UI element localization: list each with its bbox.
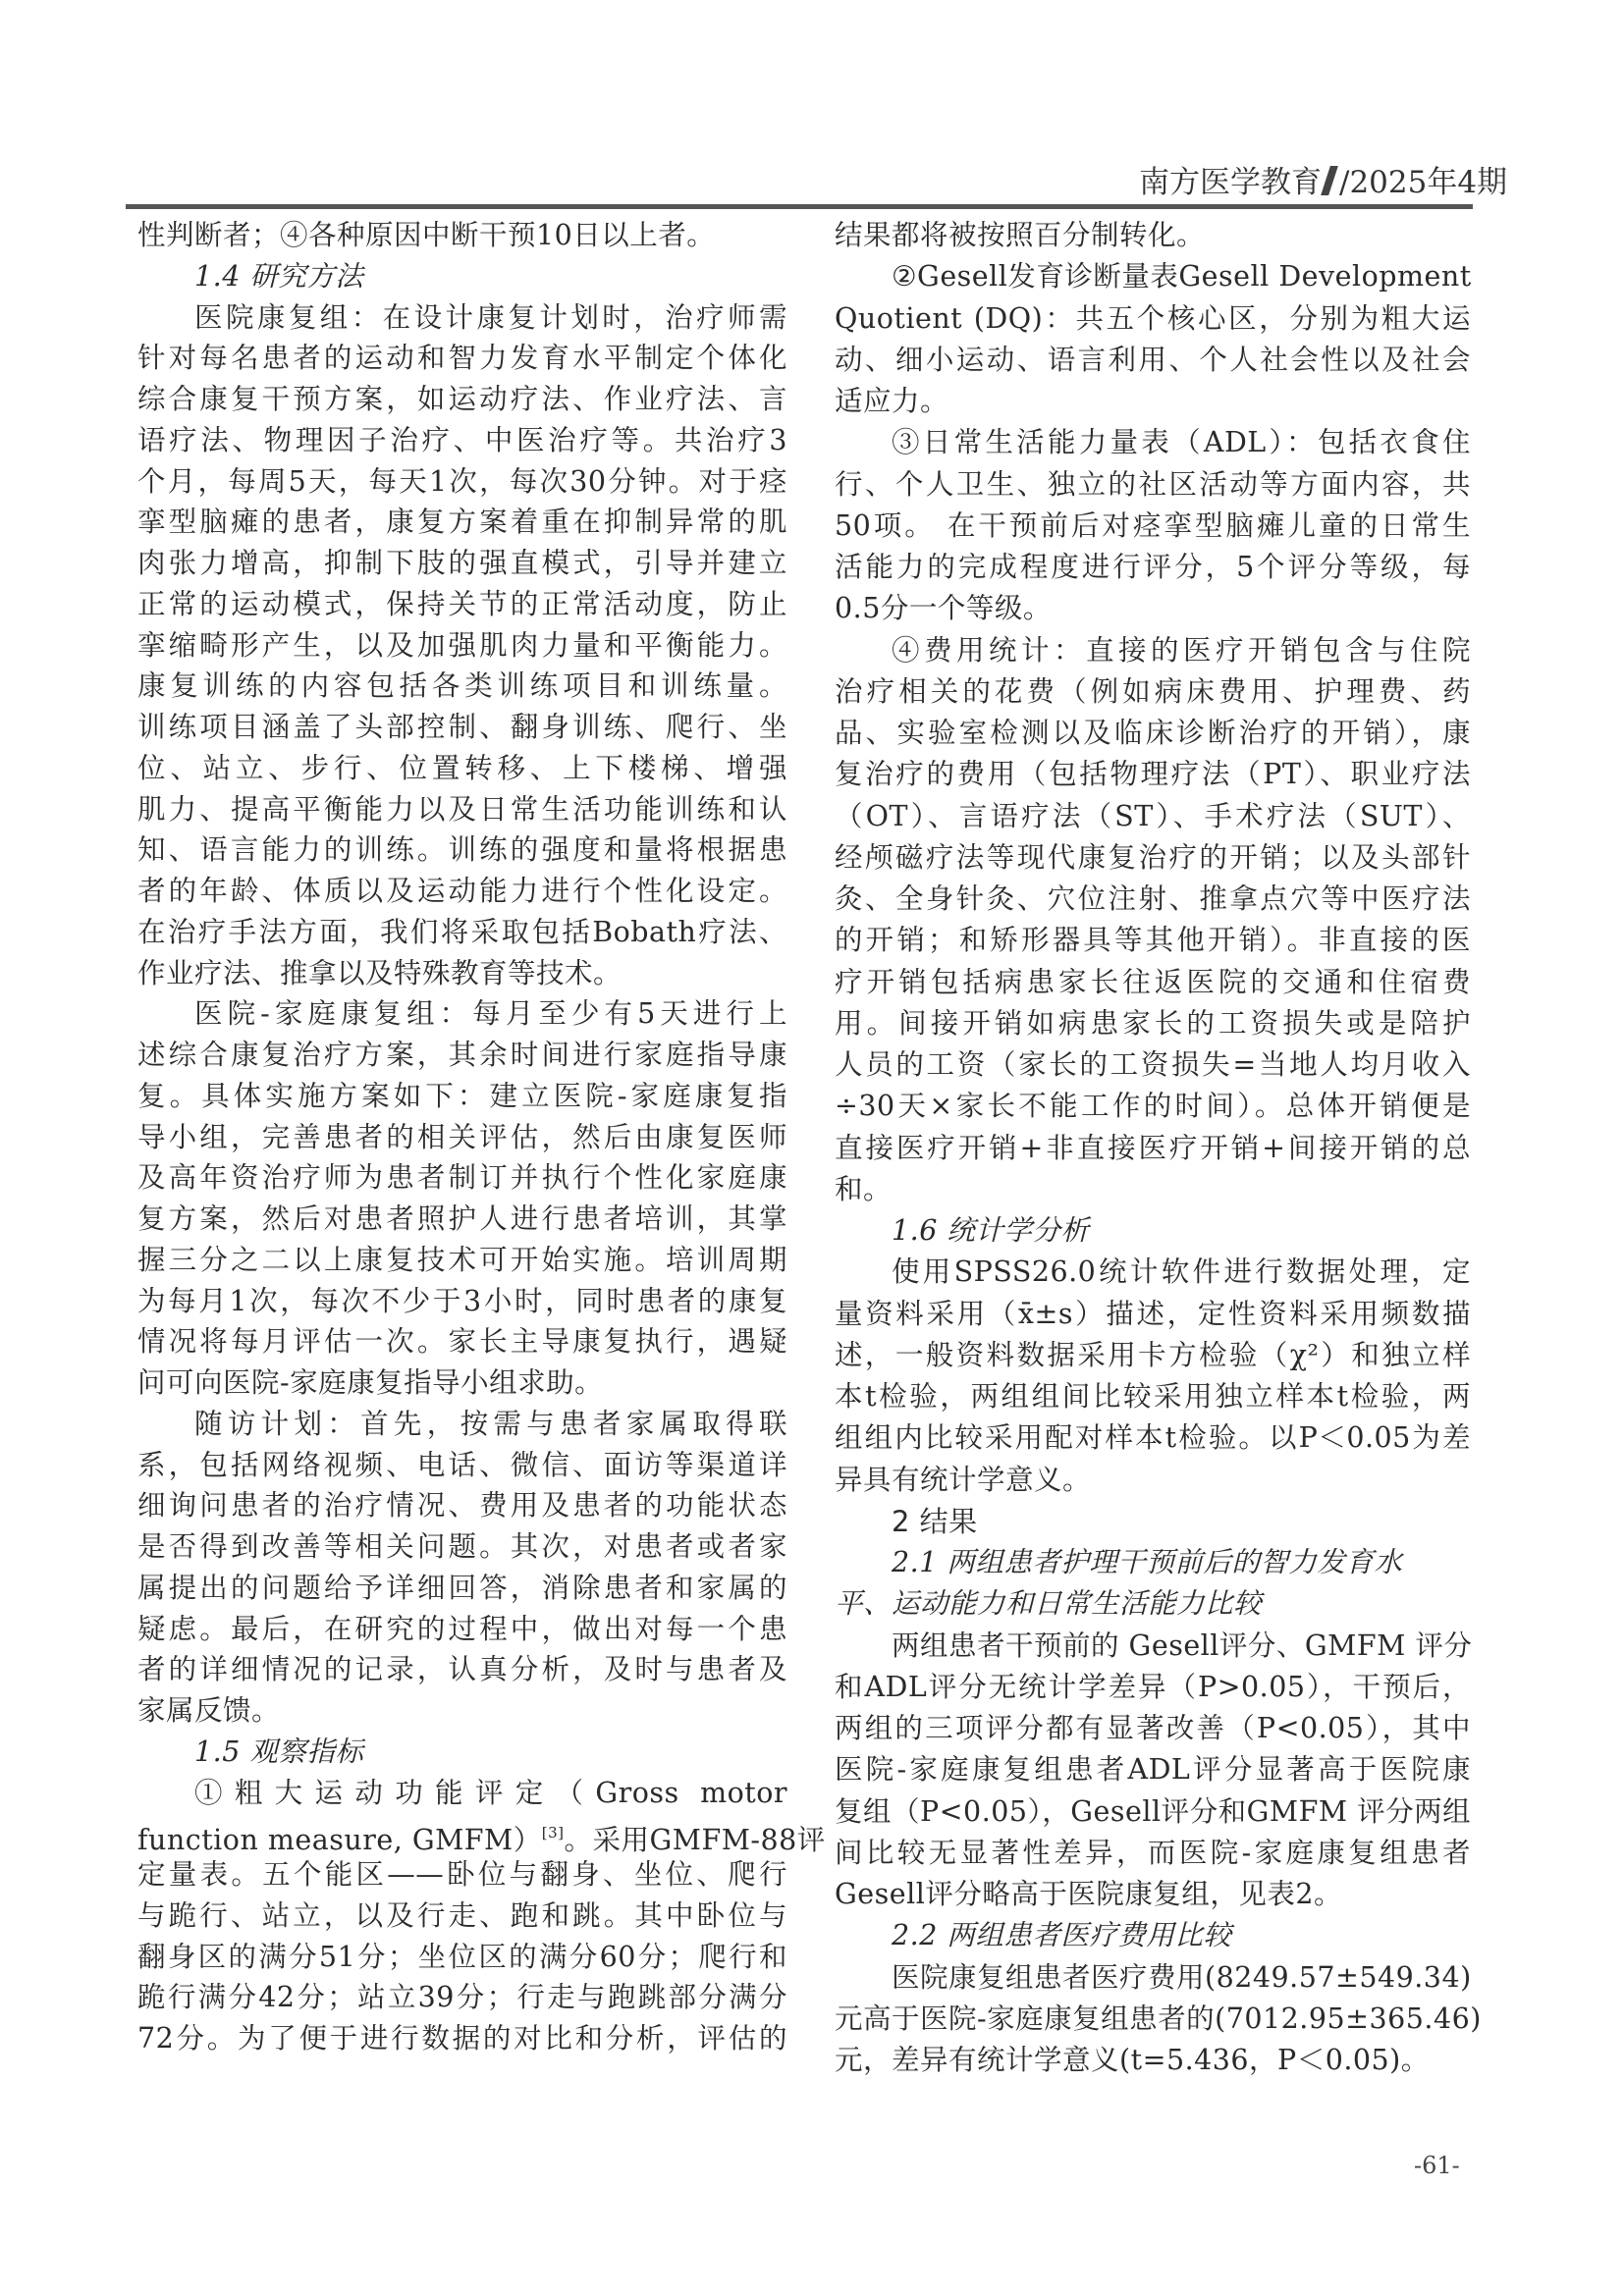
line-text: 0.5分一个等级。 bbox=[835, 592, 1052, 624]
line-text: 是否得到改善等相关问题。其次，对患者或者家 bbox=[137, 1530, 787, 1563]
line-text: 医院-家庭康复组患者ADL评分显著高于医院康 bbox=[835, 1753, 1471, 1786]
line-text: （OT）、言语疗法（ST）、手术疗法（SUT）、 bbox=[835, 800, 1471, 832]
text-line: 复方案，然后对患者照护人进行患者培训，其掌 bbox=[137, 1199, 787, 1240]
journal-name: 南方医学教育 bbox=[1139, 165, 1322, 200]
line-text: 医院康复组患者医疗费用(8249.57±549.34) bbox=[892, 1961, 1472, 1994]
text-line: 治疗相关的花费（例如病床费用、护理费、药 bbox=[835, 671, 1471, 713]
text-line: 使用SPSS26.0统计软件进行数据处理，定 bbox=[835, 1252, 1471, 1293]
line-text: 2.1 两组患者护理干预前后的智力发育水 bbox=[892, 1546, 1402, 1578]
line-text: 复。具体实施方案如下：建立医院-家庭康复指 bbox=[137, 1080, 787, 1112]
line-text: 人员的工资（家长的工资损失=当地人均月收入 bbox=[835, 1048, 1471, 1081]
line-text: 间比较无显著性差异，而医院-家庭康复组患者 bbox=[835, 1837, 1471, 1869]
text-line: 异具有统计学意义。 bbox=[835, 1460, 1471, 1501]
line-text: 2 结果 bbox=[892, 1505, 978, 1538]
text-line: 本t检验，两组组间比较采用独立样本t检验，两 bbox=[835, 1376, 1471, 1417]
text-line: 72分。为了便于进行数据的对比和分析，评估的 bbox=[137, 2018, 787, 2059]
text-line: 的开销；和矫形器具等其他开销）。非直接的医 bbox=[835, 920, 1471, 961]
text-line: 述综合康复治疗方案，其余时间进行家庭指导康 bbox=[137, 1035, 787, 1076]
line-text: 的开销；和矫形器具等其他开销）。非直接的医 bbox=[835, 924, 1471, 956]
line-text: 活能力的完成程度进行评分，5个评分等级，每 bbox=[835, 551, 1471, 583]
line-text: 针对每名患者的运动和智力发育水平制定个体化 bbox=[137, 342, 787, 374]
line-text: 72分。为了便于进行数据的对比和分析，评估的 bbox=[137, 2022, 787, 2055]
line-text: 。采用GMFM-88评 bbox=[565, 1824, 826, 1856]
text-line: 康复训练的内容包括各类训练项目和训练量。 bbox=[137, 666, 787, 707]
line-text: 平、运动能力和日常生活能力比较 bbox=[835, 1587, 1262, 1620]
text-line: 两组的三项评分都有显著改善（P<0.05），其中 bbox=[835, 1708, 1471, 1749]
text-line: 握三分之二以上康复技术可开始实施。培训周期 bbox=[137, 1240, 787, 1281]
line-text: 动、细小运动、语言利用、个人社会性以及社会 bbox=[835, 344, 1471, 376]
line-text: 品、实验室检测以及临床诊断治疗的开销），康 bbox=[835, 717, 1471, 749]
text-line: 是否得到改善等相关问题。其次，对患者或者家 bbox=[137, 1526, 787, 1568]
text-line: ÷30天×家长不能工作的时间）。总体开销便是 bbox=[835, 1086, 1471, 1127]
line-text: 两组患者干预前的 Gesell评分、GMFM 评分 bbox=[892, 1629, 1472, 1662]
text-line: 者的年龄、体质以及运动能力进行个性化设定。 bbox=[137, 871, 787, 912]
line-text: 量资料采用（x̄±s）描述，定性资料采用频数描 bbox=[835, 1298, 1471, 1330]
line-text: 复方案，然后对患者照护人进行患者培训，其掌 bbox=[137, 1202, 787, 1235]
line-text: 元高于医院-家庭康复组患者的(7012.95±365.46) bbox=[835, 2002, 1482, 2035]
line-text: 1.5 观察指标 bbox=[194, 1735, 363, 1768]
line-text: 和ADL评分无统计学差异（P>0.05），干预后， bbox=[835, 1671, 1471, 1703]
text-line: 元高于医院-家庭康复组患者的(7012.95±365.46) bbox=[835, 1999, 1471, 2040]
text-line: （OT）、言语疗法（ST）、手术疗法（SUT）、 bbox=[835, 796, 1471, 837]
text-line: 及高年资治疗师为患者制订并执行个性化家庭康 bbox=[137, 1157, 787, 1199]
text-line: 家属反馈。 bbox=[137, 1690, 787, 1732]
text-line: 经颅磁疗法等现代康复治疗的开销；以及头部针 bbox=[835, 837, 1471, 879]
line-text: 组组内比较采用配对样本t检验。以P＜0.05为差 bbox=[835, 1421, 1471, 1454]
line-text: 直接医疗开销+非直接医疗开销+间接开销的总 bbox=[835, 1132, 1471, 1164]
text-line: 定量表。五个能区——卧位与翻身、坐位、爬行 bbox=[137, 1854, 787, 1896]
line-text: 疑虑。最后，在研究的过程中，做出对每一个患 bbox=[137, 1613, 787, 1645]
text-line: 医院-家庭康复组患者ADL评分显著高于医院康 bbox=[835, 1749, 1471, 1790]
text-line: 品、实验室检测以及临床诊断治疗的开销），康 bbox=[835, 713, 1471, 754]
line-text: 者的年龄、体质以及运动能力进行个性化设定。 bbox=[137, 875, 787, 907]
line-text: 为每月1次，每次不少于3小时，同时患者的康复 bbox=[137, 1285, 787, 1317]
text-line: 灸、全身针灸、穴位注射、推拿点穴等中医疗法 bbox=[835, 879, 1471, 920]
text-line: 随访计划：首先，按需与患者家属取得联 bbox=[137, 1404, 787, 1445]
line-text: 及高年资治疗师为患者制订并执行个性化家庭康 bbox=[137, 1161, 787, 1194]
text-line: 0.5分一个等级。 bbox=[835, 588, 1471, 629]
text-line: 在治疗手法方面，我们将采取包括Bobath疗法、 bbox=[137, 912, 787, 953]
line-text: 治疗相关的花费（例如病床费用、护理费、药 bbox=[835, 675, 1471, 708]
line-text: 2.2 两组患者医疗费用比较 bbox=[892, 1919, 1231, 1951]
line-text: 经颅磁疗法等现代康复治疗的开销；以及头部针 bbox=[835, 841, 1471, 874]
line-text: 医院康复组：在设计康复计划时，治疗师需 bbox=[194, 301, 787, 334]
line-text: 挛型脑瘫的患者，康复方案着重在抑制异常的肌 bbox=[137, 506, 787, 538]
line-text: 随访计划：首先，按需与患者家属取得联 bbox=[194, 1408, 787, 1440]
line-text: 跪行满分42分；站立39分；行走与跑跳部分满分 bbox=[137, 1981, 787, 2013]
line-text: 与跪行、站立，以及行走、跑和跳。其中卧位与 bbox=[137, 1899, 787, 1932]
text-line: 疗开销包括病患家长往返医院的交通和住宿费 bbox=[835, 962, 1471, 1003]
text-line: 复组（P<0.05），Gesell评分和GMFM 评分两组 bbox=[835, 1791, 1471, 1833]
line-text: ÷30天×家长不能工作的时间）。总体开销便是 bbox=[835, 1090, 1471, 1122]
section-heading: 1.5 观察指标 bbox=[137, 1732, 787, 1773]
line-text: 述综合康复治疗方案，其余时间进行家庭指导康 bbox=[137, 1039, 787, 1071]
text-line: 综合康复干预方案，如运动疗法、作业疗法、言 bbox=[137, 379, 787, 420]
text-line: 与跪行、站立，以及行走、跑和跳。其中卧位与 bbox=[137, 1896, 787, 1937]
text-line: 肉张力增高，抑制下肢的强直模式，引导并建立 bbox=[137, 543, 787, 584]
text-line: 细询问患者的治疗情况、费用及患者的功能状态 bbox=[137, 1485, 787, 1526]
text-line: 针对每名患者的运动和智力发育水平制定个体化 bbox=[137, 338, 787, 379]
slash-mark-icon bbox=[1321, 166, 1338, 195]
text-line: 和。 bbox=[835, 1169, 1471, 1210]
line-text: 50项。 在干预前后对痉挛型脑瘫儿童的日常生 bbox=[835, 509, 1471, 542]
section-heading: 1.6 统计学分析 bbox=[835, 1210, 1471, 1252]
text-line: 50项。 在干预前后对痉挛型脑瘫儿童的日常生 bbox=[835, 506, 1471, 547]
line-text: 翻身区的满分51分；坐位区的满分60分；爬行和 bbox=[137, 1941, 787, 1973]
text-line: 直接医疗开销+非直接医疗开销+间接开销的总 bbox=[835, 1128, 1471, 1169]
line-text: 作业疗法、推拿以及特殊教育等技术。 bbox=[137, 957, 622, 989]
line-text: Quotient (DQ)：共五个核心区，分别为粗大运 bbox=[835, 302, 1471, 335]
text-line: 医院康复组患者医疗费用(8249.57±549.34) bbox=[835, 1957, 1471, 1999]
text-line: 情况将每月评估一次。家长主导康复执行，遇疑 bbox=[137, 1321, 787, 1362]
text-line: 行、个人卫生、独立的社区活动等方面内容，共 bbox=[835, 464, 1471, 506]
line-text: 1.4 研究方法 bbox=[194, 260, 363, 293]
line-text: 本t检验，两组组间比较采用独立样本t检验，两 bbox=[835, 1380, 1471, 1413]
text-line: 述，一般资料数据采用卡方检验（χ²）和独立样 bbox=[835, 1335, 1471, 1376]
line-text: ④费用统计：直接的医疗开销包含与住院 bbox=[892, 634, 1471, 667]
line-text: 情况将每月评估一次。家长主导康复执行，遇疑 bbox=[137, 1325, 787, 1358]
line-text: 在治疗手法方面，我们将采取包括Bobath疗法、 bbox=[137, 916, 787, 948]
text-line: 和ADL评分无统计学差异（P>0.05），干预后， bbox=[835, 1667, 1471, 1708]
line-text: 适应力。 bbox=[835, 385, 948, 417]
text-line: 肌力、提高平衡能力以及日常生活功能训练和认 bbox=[137, 789, 787, 830]
line-text: 肌力、提高平衡能力以及日常生活功能训练和认 bbox=[137, 793, 787, 826]
text-line: 组组内比较采用配对样本t检验。以P＜0.05为差 bbox=[835, 1417, 1471, 1459]
text-line: 人员的工资（家长的工资损失=当地人均月收入 bbox=[835, 1044, 1471, 1086]
text-line: 为每月1次，每次不少于3小时，同时患者的康复 bbox=[137, 1281, 787, 1322]
line-text: 系，包括网络视频、电话、微信、面访等渠道详 bbox=[137, 1449, 787, 1481]
text-line: 动、细小运动、语言利用、个人社会性以及社会 bbox=[835, 340, 1471, 381]
text-line: ①粗大运动功能评定（Gross motor bbox=[137, 1773, 787, 1814]
text-line: 问可向医院-家庭康复指导小组求助。 bbox=[137, 1362, 787, 1404]
text-line: 量资料采用（x̄±s）描述，定性资料采用频数描 bbox=[835, 1294, 1471, 1335]
line-text: Gesell评分略高于医院康复组，见表2。 bbox=[835, 1878, 1342, 1910]
line-text: 康复训练的内容包括各类训练项目和训练量。 bbox=[137, 669, 787, 702]
line-text: 行、个人卫生、独立的社区活动等方面内容，共 bbox=[835, 468, 1471, 501]
text-line: 正常的运动模式，保持关节的正常活动度，防止 bbox=[137, 584, 787, 625]
line-text: 性判断者；④各种原因中断干预10日以上者。 bbox=[137, 219, 715, 251]
section-heading: 平、运动能力和日常生活能力比较 bbox=[835, 1583, 1471, 1625]
line-text: 训练项目涵盖了头部控制、翻身训练、爬行、坐 bbox=[137, 711, 787, 743]
text-line: 训练项目涵盖了头部控制、翻身训练、爬行、坐 bbox=[137, 707, 787, 748]
text-line: 间比较无显著性差异，而医院-家庭康复组患者 bbox=[835, 1833, 1471, 1874]
text-line: 性判断者；④各种原因中断干预10日以上者。 bbox=[137, 215, 787, 256]
line-text: 复治疗的费用（包括物理疗法（PT）、职业疗法 bbox=[835, 758, 1471, 790]
text-line: 医院康复组：在设计康复计划时，治疗师需 bbox=[137, 297, 787, 339]
line-text: 复组（P<0.05），Gesell评分和GMFM 评分两组 bbox=[835, 1795, 1471, 1828]
text-line: ③日常生活能力量表（ADL）：包括衣食住 bbox=[835, 422, 1471, 463]
text-line: 医院-家庭康复组：每月至少有5天进行上 bbox=[137, 993, 787, 1035]
line-text: 属提出的问题给予详细回答，消除患者和家属的 bbox=[137, 1572, 787, 1604]
line-text: 个月，每周5天，每天1次，每次30分钟。对于痉 bbox=[137, 465, 787, 498]
line-text: 医院-家庭康复组：每月至少有5天进行上 bbox=[194, 997, 787, 1030]
line-text: 异具有统计学意义。 bbox=[835, 1464, 1091, 1496]
line-text: 问可向医院-家庭康复指导小组求助。 bbox=[137, 1366, 603, 1399]
line-text: 两组的三项评分都有显著改善（P<0.05），其中 bbox=[835, 1712, 1471, 1744]
line-text: 结果都将被按照百分制转化。 bbox=[835, 219, 1205, 251]
line-text: 1.6 统计学分析 bbox=[892, 1214, 1089, 1247]
text-line: 适应力。 bbox=[835, 381, 1471, 422]
section-heading: 2 结果 bbox=[835, 1501, 1471, 1542]
text-line: Quotient (DQ)：共五个核心区，分别为粗大运 bbox=[835, 298, 1471, 340]
text-line: 疑虑。最后，在研究的过程中，做出对每一个患 bbox=[137, 1609, 787, 1650]
section-heading: 2.2 两组患者医疗费用比较 bbox=[835, 1915, 1471, 1956]
text-line: 者的详细情况的记录，认真分析，及时与患者及 bbox=[137, 1649, 787, 1690]
text-line: 用。间接开销如病患家长的工资损失或是陪护 bbox=[835, 1003, 1471, 1044]
header-rule bbox=[126, 204, 1473, 209]
line-text: 用。间接开销如病患家长的工资损失或是陪护 bbox=[835, 1007, 1471, 1040]
right-column: 结果都将被按照百分制转化。②Gesell发育诊断量表Gesell Develop… bbox=[835, 215, 1471, 2081]
text-line: 作业疗法、推拿以及特殊教育等技术。 bbox=[137, 953, 787, 994]
text-line: 跪行满分42分；站立39分；行走与跑跳部分满分 bbox=[137, 1977, 787, 2018]
left-column: 性判断者；④各种原因中断干预10日以上者。1.4 研究方法医院康复组：在设计康复… bbox=[137, 215, 787, 2059]
text-line: function measure, GMFM）[3]。采用GMFM-88评 bbox=[137, 1813, 787, 1854]
line-text: 定量表。五个能区——卧位与翻身、坐位、爬行 bbox=[137, 1858, 787, 1891]
text-line: 位、站立、步行、位置转移、上下楼梯、增强 bbox=[137, 748, 787, 789]
line-text: ③日常生活能力量表（ADL）：包括衣食住 bbox=[892, 426, 1471, 458]
line-text: 导小组，完善患者的相关评估，然后由康复医师 bbox=[137, 1121, 787, 1153]
text-line: 导小组，完善患者的相关评估，然后由康复医师 bbox=[137, 1117, 787, 1158]
text-line: 复。具体实施方案如下：建立医院-家庭康复指 bbox=[137, 1076, 787, 1117]
page-number: -61- bbox=[1414, 2152, 1460, 2179]
text-line: Gesell评分略高于医院康复组，见表2。 bbox=[835, 1874, 1471, 1915]
line-text: 者的详细情况的记录，认真分析，及时与患者及 bbox=[137, 1653, 787, 1685]
text-line: 挛缩畸形产生，以及加强肌肉力量和平衡能力。 bbox=[137, 625, 787, 667]
text-line: 语疗法、物理因子治疗、中医治疗等。共治疗3 bbox=[137, 420, 787, 461]
line-text: 疗开销包括病患家长往返医院的交通和住宿费 bbox=[835, 966, 1471, 998]
line-text: 灸、全身针灸、穴位注射、推拿点穴等中医疗法 bbox=[835, 882, 1471, 915]
line-text: 使用SPSS26.0统计软件进行数据处理，定 bbox=[892, 1255, 1471, 1288]
text-line: 挛型脑瘫的患者，康复方案着重在抑制异常的肌 bbox=[137, 502, 787, 543]
line-text: 述，一般资料数据采用卡方检验（χ²）和独立样 bbox=[835, 1339, 1471, 1371]
text-line: 两组患者干预前的 Gesell评分、GMFM 评分 bbox=[835, 1626, 1471, 1667]
line-text: 握三分之二以上康复技术可开始实施。培训周期 bbox=[137, 1244, 787, 1276]
text-line: ②Gesell发育诊断量表Gesell Development bbox=[835, 256, 1471, 297]
text-line: 复治疗的费用（包括物理疗法（PT）、职业疗法 bbox=[835, 754, 1471, 795]
line-text: 知、语言能力的训练。训练的强度和量将根据患 bbox=[137, 833, 787, 866]
section-heading: 2.1 两组患者护理干预前后的智力发育水 bbox=[835, 1542, 1471, 1583]
line-text: 家属反馈。 bbox=[137, 1694, 280, 1727]
line-text: 和。 bbox=[835, 1173, 892, 1205]
line-text: 正常的运动模式，保持关节的正常活动度，防止 bbox=[137, 588, 787, 620]
line-text: 元，差异有统计学意义(t=5.436，P＜0.05)。 bbox=[835, 2044, 1430, 2076]
line-text: ①粗大运动功能评定（Gross motor bbox=[194, 1777, 787, 1809]
citation-superscript: [3] bbox=[542, 1824, 565, 1842]
line-text: 语疗法、物理因子治疗、中医治疗等。共治疗3 bbox=[137, 424, 787, 456]
line-text: ②Gesell发育诊断量表Gesell Development bbox=[892, 260, 1472, 293]
running-header: 南方医学教育/2025年4期 bbox=[1139, 163, 1473, 202]
line-text: function measure, GMFM） bbox=[137, 1824, 542, 1856]
text-line: 属提出的问题给予详细回答，消除患者和家属的 bbox=[137, 1568, 787, 1609]
issue-label: /2025年4期 bbox=[1339, 165, 1507, 200]
text-line: 系，包括网络视频、电话、微信、面访等渠道详 bbox=[137, 1445, 787, 1486]
text-line: 结果都将被按照百分制转化。 bbox=[835, 215, 1471, 256]
text-line: 元，差异有统计学意义(t=5.436，P＜0.05)。 bbox=[835, 2040, 1471, 2081]
text-line: 翻身区的满分51分；坐位区的满分60分；爬行和 bbox=[137, 1937, 787, 1978]
line-text: 肉张力增高，抑制下肢的强直模式，引导并建立 bbox=[137, 547, 787, 579]
text-line: 知、语言能力的训练。训练的强度和量将根据患 bbox=[137, 829, 787, 871]
line-text: 细询问患者的治疗情况、费用及患者的功能状态 bbox=[137, 1489, 787, 1522]
line-text: 挛缩畸形产生，以及加强肌肉力量和平衡能力。 bbox=[137, 629, 787, 662]
text-line: 活能力的完成程度进行评分，5个评分等级，每 bbox=[835, 547, 1471, 588]
line-text: 综合康复干预方案，如运动疗法、作业疗法、言 bbox=[137, 383, 787, 415]
text-line: 个月，每周5天，每天1次，每次30分钟。对于痉 bbox=[137, 461, 787, 503]
line-text: 位、站立、步行、位置转移、上下楼梯、增强 bbox=[137, 752, 787, 784]
text-line: ④费用统计：直接的医疗开销包含与住院 bbox=[835, 630, 1471, 671]
section-heading: 1.4 研究方法 bbox=[137, 256, 787, 297]
